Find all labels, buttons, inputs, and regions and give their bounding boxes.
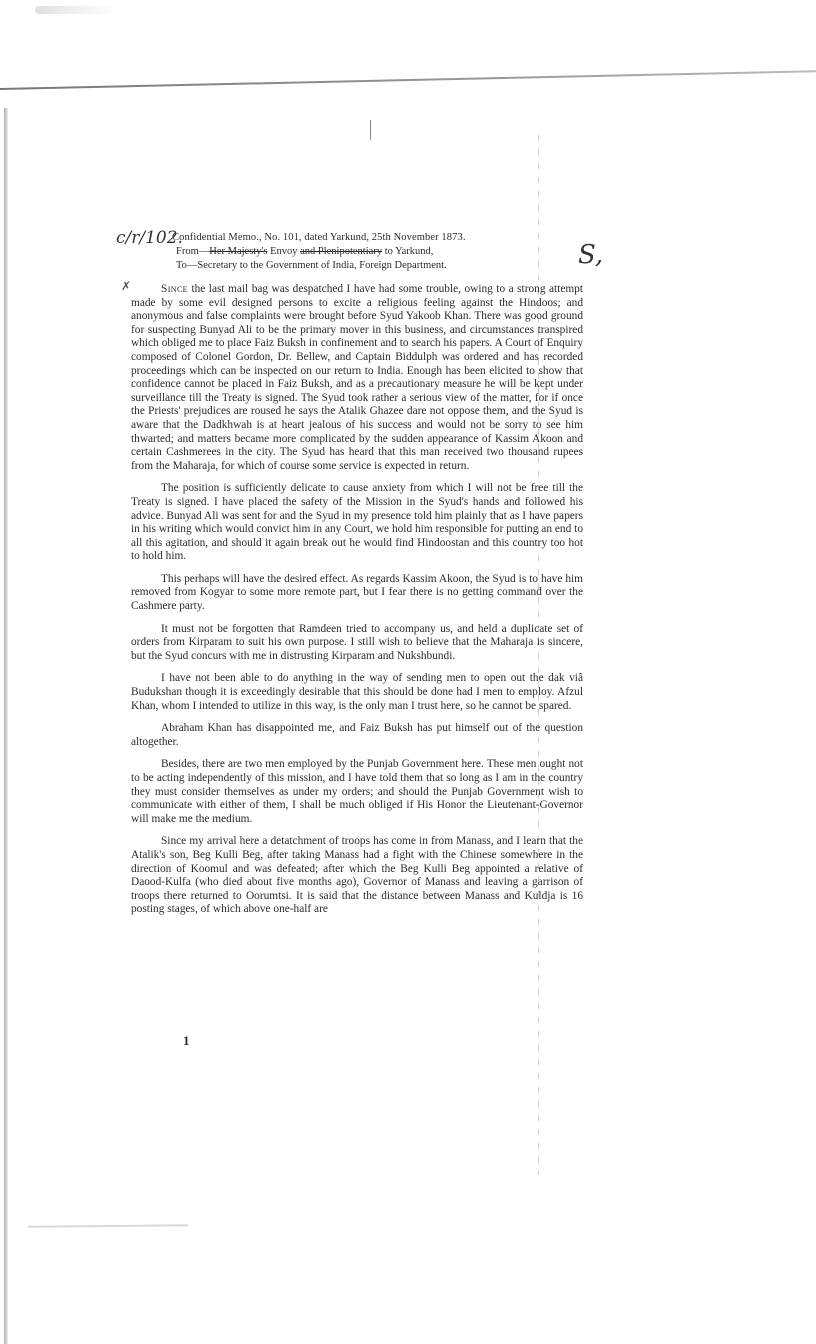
sheet-left-edge (4, 108, 8, 1344)
pen-mark-icon: ✗ (121, 280, 131, 294)
center-mark (370, 120, 371, 140)
paragraph: Abraham Khan has disappointed me, and Fa… (131, 722, 583, 749)
handwritten-side-annotation: S, (578, 240, 603, 270)
memo-body: ✗ Since the last mail bag was despatched… (131, 283, 583, 926)
page-number: 1 (183, 1033, 190, 1049)
paragraph: This perhaps will have the desired effec… (131, 573, 583, 614)
paragraph: The position is sufficiently delicate to… (131, 482, 583, 564)
paragraph: It must not be forgotten that Ramdeen tr… (131, 623, 583, 664)
sheet-top-edge (0, 70, 816, 90)
struck-text: and Plenipotentiary (300, 246, 382, 257)
scan-shadow-bottom (28, 1224, 188, 1227)
paragraph: I have not been able to do anything in t… (131, 672, 583, 713)
memo-heading: c/r/102. Confidential Memo., No. 101, da… (128, 232, 568, 271)
paragraph: Since my arrival here a detatchment of t… (131, 835, 583, 917)
opening-word: Since (161, 283, 188, 295)
paragraph: Since the last mail bag was despatched I… (131, 283, 583, 473)
memo-from: From—Her Majesty's Envoy and Plenipotent… (176, 246, 568, 257)
scan-shadow (35, 6, 115, 14)
paragraph: Besides, there are two men employed by t… (131, 758, 583, 826)
handwritten-ref-annotation: c/r/102. (116, 228, 183, 248)
struck-text: Her Majesty's (209, 246, 267, 257)
memo-title: Confidential Memo., No. 101, dated Yarku… (172, 232, 568, 243)
memo-to: To—Secretary to the Government of India,… (176, 260, 568, 271)
